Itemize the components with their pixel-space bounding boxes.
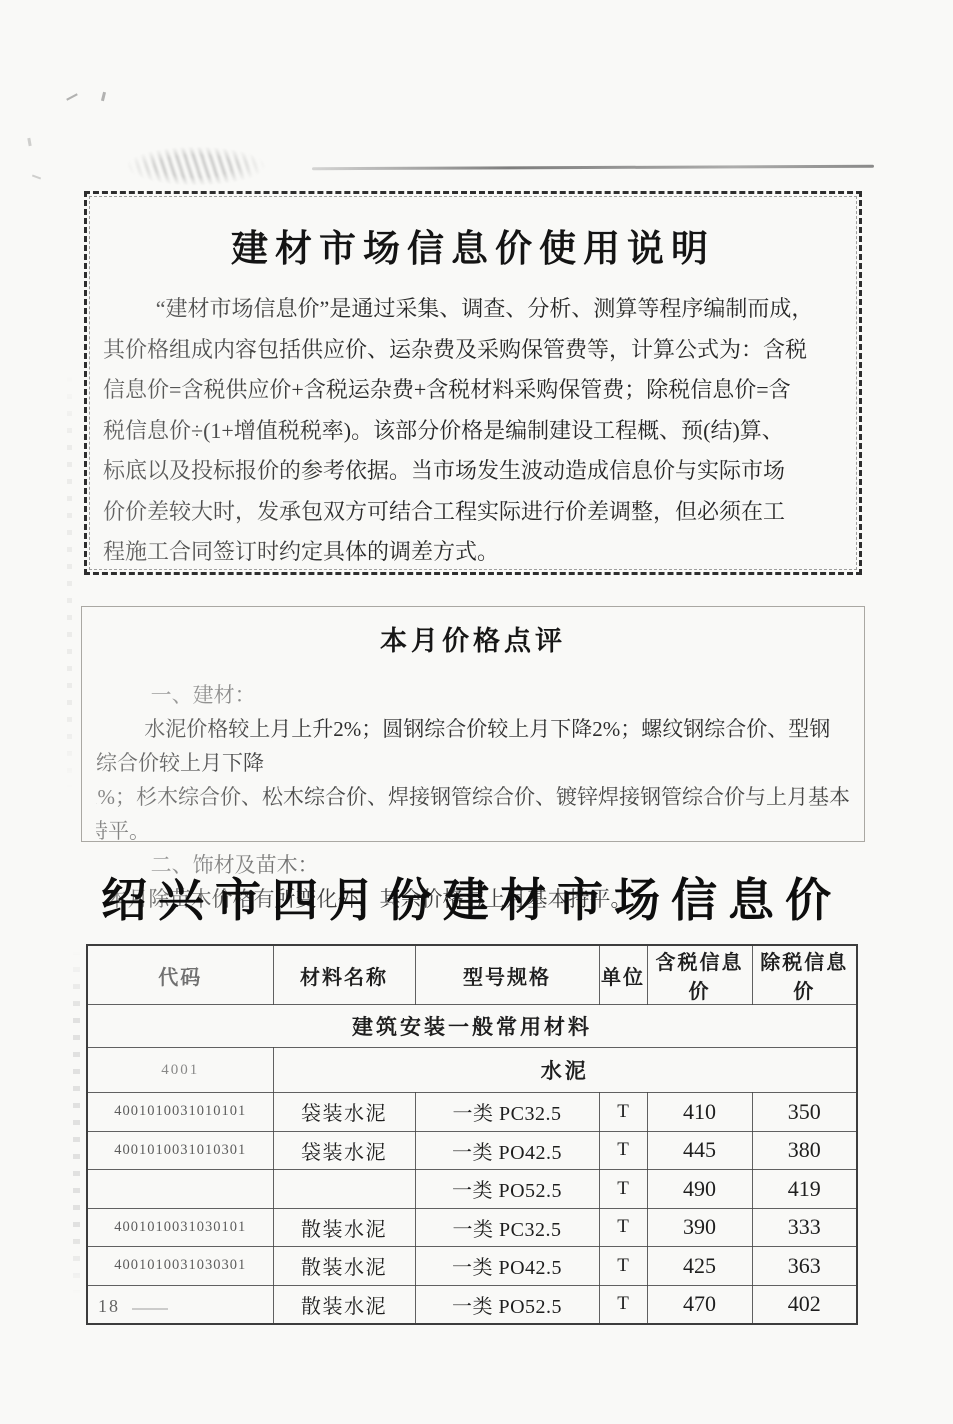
cell-notax-price: 402 xyxy=(752,1285,857,1324)
cell-code: 4001010031010101 xyxy=(87,1093,273,1132)
scan-mark xyxy=(32,175,41,180)
table-row: 4001010031030101 散装水泥 一类 PC32.5 T 390 33… xyxy=(87,1208,857,1247)
cell-notax-price: 363 xyxy=(752,1247,857,1286)
review-box-title: 本月价格点评 xyxy=(82,619,864,658)
cell-material xyxy=(273,1170,415,1209)
cell-tax-price: 425 xyxy=(647,1247,752,1286)
table-row: 4001010031010301 袋装水泥 一类 PO42.5 T 445 38… xyxy=(87,1131,857,1170)
cell-unit: T xyxy=(599,1208,647,1247)
col-header-unit: 单位 xyxy=(599,945,647,1005)
cell-notax-price: 333 xyxy=(752,1208,857,1247)
cell-unit: T xyxy=(599,1170,647,1209)
cell-unit: T xyxy=(599,1285,647,1324)
scan-smudge xyxy=(126,146,266,186)
usage-line: 税信息价÷(1+增值税税率)。该部分价格是编制建设工程概、预(结)算、 xyxy=(103,411,847,452)
scanned-document-page: 建材市场信息价使用说明 “建材市场信息价”是通过采集、调查、分析、测算等程序编制… xyxy=(0,0,953,1424)
scan-mark xyxy=(66,93,78,100)
review-line: 1%；杉木综合价、松木综合价、焊接钢管综合价、镀锌焊接钢管综合价与上月基本持平。 xyxy=(87,780,850,848)
col-header-spec: 型号规格 xyxy=(415,945,599,1005)
cell-material: 袋装水泥 xyxy=(273,1093,415,1132)
table-row: 散装水泥 一类 PO52.5 T 470 402 xyxy=(87,1285,857,1324)
cell-material: 袋装水泥 xyxy=(273,1131,415,1170)
table-row: 4001010031030301 散装水泥 一类 PO42.5 T 425 36… xyxy=(87,1247,857,1286)
scan-noise xyxy=(73,950,80,1295)
col-header-notax-price: 除税信息价 xyxy=(752,945,857,1005)
cell-spec: 一类 PC32.5 xyxy=(415,1093,599,1132)
cell-spec: 一类 PO42.5 xyxy=(415,1131,599,1170)
scan-mark xyxy=(132,1308,168,1310)
review-line: 水泥价格较上月上升2%；圆钢综合价较上月下降2%；螺纹钢综合价、型钢综合价较上月… xyxy=(96,712,850,780)
page-title: 绍兴市四月份建材市场信息价 xyxy=(0,864,948,930)
usage-line: 标底以及投标报价的参考依据。当市场发生波动造成信息价与实际市场 xyxy=(103,451,847,492)
cell-tax-price: 390 xyxy=(647,1208,752,1247)
usage-line: 信息价=含税供应价+含税运杂费+含税材料采购保管费；除税信息价=含 xyxy=(103,370,847,411)
cell-unit: T xyxy=(599,1093,647,1132)
page-number: 18 xyxy=(98,1296,120,1317)
cell-material: 散装水泥 xyxy=(273,1285,415,1324)
usage-line: 其价格组成内容包括供应价、运杂费及采购保管费等，计算公式为：含税 xyxy=(103,330,847,371)
cell-spec: 一类 PO52.5 xyxy=(415,1285,599,1324)
review-heading-building-materials: 一、建材： xyxy=(96,678,850,712)
cell-notax-price: 419 xyxy=(752,1170,857,1209)
section-row: 建筑安装一般常用材料 xyxy=(87,1005,857,1048)
cell-material: 散装水泥 xyxy=(273,1247,415,1286)
cell-unit: T xyxy=(599,1131,647,1170)
cell-spec: 一类 PO42.5 xyxy=(415,1247,599,1286)
table-header-row: 代码 材料名称 型号规格 单位 含税信息价 除税信息价 xyxy=(87,945,857,1005)
cell-notax-price: 380 xyxy=(752,1131,857,1170)
cell-spec: 一类 PC32.5 xyxy=(415,1208,599,1247)
cell-code: 4001010031030101 xyxy=(87,1208,273,1247)
col-header-tax-price: 含税信息价 xyxy=(647,945,752,1005)
header-rule-line xyxy=(312,165,874,170)
section-title: 建筑安装一般常用材料 xyxy=(87,1005,857,1048)
scan-noise xyxy=(67,370,72,790)
scan-mark xyxy=(101,92,106,101)
cell-notax-price: 350 xyxy=(752,1093,857,1132)
table-row: 一类 PO52.5 T 490 419 xyxy=(87,1170,857,1209)
cell-group-code: 4001 xyxy=(87,1048,273,1093)
usage-box-title: 建材市场信息价使用说明 xyxy=(87,218,859,272)
scan-mark xyxy=(27,138,31,146)
cell-material: 散装水泥 xyxy=(273,1208,415,1247)
table-row: 4001010031010101 袋装水泥 一类 PC32.5 T 410 35… xyxy=(87,1093,857,1132)
cell-unit: T xyxy=(599,1247,647,1286)
usage-instructions-box: 建材市场信息价使用说明 “建材市场信息价”是通过采集、调查、分析、测算等程序编制… xyxy=(84,191,862,575)
col-header-code: 代码 xyxy=(87,945,273,1005)
cell-code: 4001010031010301 xyxy=(87,1131,273,1170)
price-review-box: 本月价格点评 一、建材： 水泥价格较上月上升2%；圆钢综合价较上月下降2%；螺纹… xyxy=(81,606,865,842)
cell-tax-price: 470 xyxy=(647,1285,752,1324)
col-header-material: 材料名称 xyxy=(273,945,415,1005)
cell-tax-price: 410 xyxy=(647,1093,752,1132)
cell-code xyxy=(87,1170,273,1209)
cell-tax-price: 490 xyxy=(647,1170,752,1209)
cell-group-name: 水泥 xyxy=(273,1048,857,1093)
usage-line: 价价差较大时，发承包双方可结合工程实际进行价差调整，但必须在工 xyxy=(103,492,847,533)
cell-tax-price: 445 xyxy=(647,1131,752,1170)
usage-paragraph: “建材市场信息价”是通过采集、调查、分析、测算等程序编制而成， 其价格组成内容包… xyxy=(103,289,847,573)
price-table: 代码 材料名称 型号规格 单位 含税信息价 除税信息价 建筑安装一般常用材料 4… xyxy=(86,944,858,1325)
cell-spec: 一类 PO52.5 xyxy=(415,1170,599,1209)
usage-line: “建材市场信息价”是通过采集、调查、分析、测算等程序编制而成， xyxy=(103,289,847,330)
cell-code: 4001010031030301 xyxy=(87,1247,273,1286)
group-row-cement: 4001 水泥 xyxy=(87,1048,857,1093)
usage-line: 程施工合同签订时约定具体的调差方式。 xyxy=(103,532,847,573)
